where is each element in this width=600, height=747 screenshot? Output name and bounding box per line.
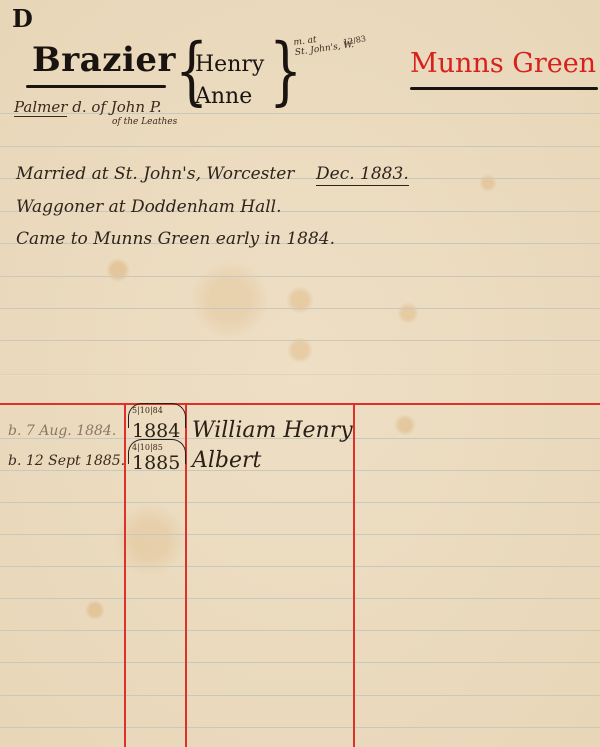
- ruled-line: [0, 276, 600, 277]
- ruled-line: [0, 340, 600, 341]
- table-top-rule: [0, 403, 600, 405]
- wife-given-name: Anne: [195, 84, 252, 109]
- child-name: William Henry: [192, 418, 353, 443]
- note-line: Came to Munns Green early in 1884.: [16, 229, 335, 249]
- index-letter: D: [12, 4, 33, 33]
- ruled-line: [0, 534, 600, 535]
- column-divider: [353, 403, 355, 747]
- husband-given-name: Henry: [195, 52, 264, 77]
- child-birth-date: b. 12 Sept 1885.: [8, 453, 125, 469]
- note-line: Waggoner at Doddenham Hall.: [16, 197, 282, 217]
- child-year: 1885: [132, 452, 180, 474]
- ruled-line: [0, 502, 600, 503]
- baptism-date: 5|10|84: [132, 406, 163, 415]
- place-name: Munns Green: [410, 48, 596, 79]
- marriage-date: Dec. 1883.: [316, 164, 409, 186]
- baptism-date: 4|10|85: [132, 443, 163, 452]
- note-text: Married at St. John's, Worcester: [16, 164, 294, 184]
- ruled-line: [0, 308, 600, 309]
- family-surname: Brazier: [32, 40, 176, 80]
- ruled-line: [0, 566, 600, 567]
- paper-fold-crease: [0, 374, 600, 376]
- place-underline: [410, 87, 598, 90]
- surname-underline: [26, 85, 166, 88]
- ruled-line: [0, 630, 600, 631]
- wife-parent-note: d. of John P.: [72, 98, 161, 116]
- ruled-line: [0, 598, 600, 599]
- ruled-line: [0, 662, 600, 663]
- wife-parent-subnote: of the Leathes: [112, 117, 177, 127]
- register-page: D Brazier { Henry Anne } Palmer d. of Jo…: [0, 0, 600, 747]
- ruled-line: [0, 727, 600, 728]
- child-name: Albert: [192, 448, 261, 473]
- note-line: Married at St. John's, Worcester Dec. 18…: [16, 164, 409, 184]
- ruled-line: [0, 146, 600, 147]
- wife-maiden-info: Palmer d. of John P.: [14, 98, 162, 116]
- child-birth-date: b. 7 Aug. 1884.: [8, 423, 116, 439]
- wife-maiden-surname: Palmer: [14, 98, 67, 117]
- ruled-line: [0, 695, 600, 696]
- ruled-line: [0, 470, 600, 471]
